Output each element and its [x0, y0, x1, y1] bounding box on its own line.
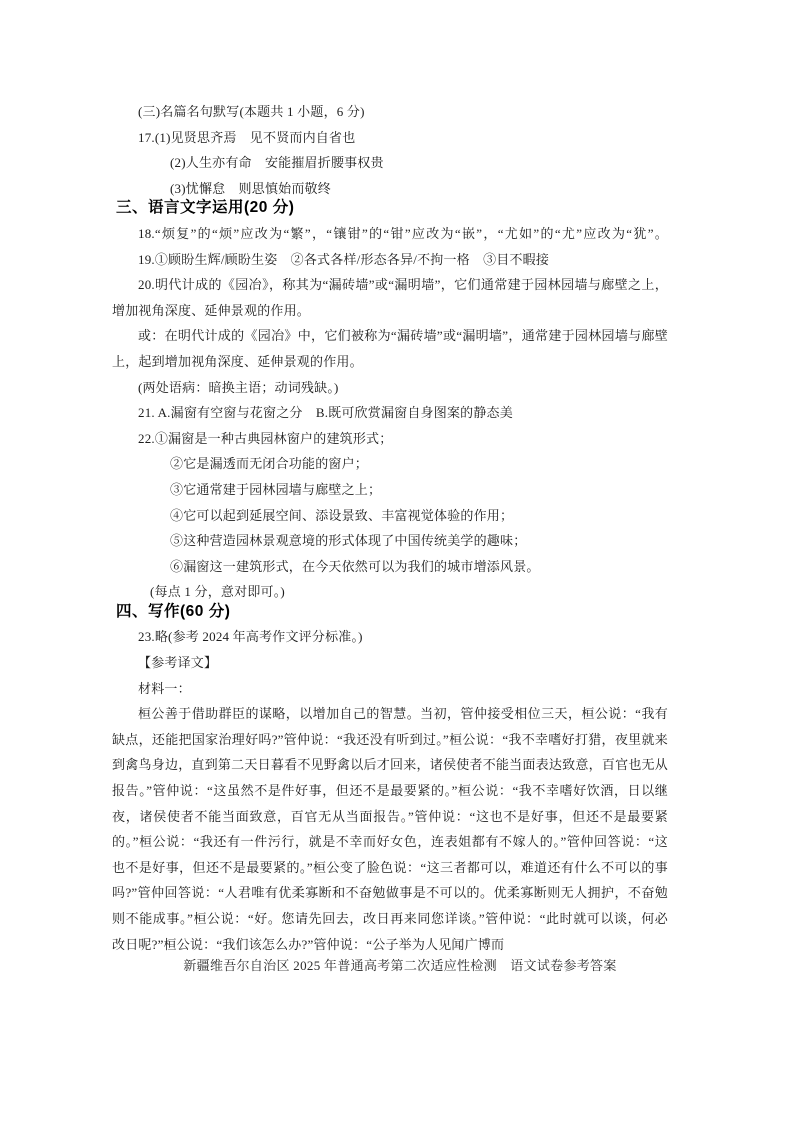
translation-title: 【参考译文】 — [112, 650, 668, 676]
answer-20-line-1: 20.明代计成的《园冶》，称其为“漏砖墙”或“漏明墙”，它们通常建于园林园墙与廊… — [112, 272, 668, 298]
answer-22-item-5: ⑤这种营造园林景观意境的形式体现了中国传统美学的趣味； — [112, 528, 668, 554]
answer-sheet-page: (三)名篇名句默写(本题共 1 小题，6 分) 17.(1)见贤思齐焉 见不贤而… — [0, 0, 800, 1131]
material-label: 材料一： — [112, 676, 668, 702]
translation-line: 吗?”管仲回答说：“人君唯有优柔寡断和不奋勉做事是不可以的。优柔寡断则无人拥护，… — [112, 880, 668, 906]
answer-22-item-6: ⑥漏窗这一建筑形式，在今天依然可以为我们的城市增添风景。 — [112, 554, 668, 580]
document-body: (三)名篇名句默写(本题共 1 小题，6 分) 17.(1)见贤思齐焉 见不贤而… — [112, 99, 668, 957]
translation-line: 也不是好事，但还不是最要紧的。”桓公变了脸色说：“这三者都可以，难道还有什么不可… — [112, 855, 668, 881]
answer-20-alt-line-1: 或：在明代计成的《园冶》中，它们被称为“漏砖墙”或“漏明墙”，通常建于园林园墙与… — [112, 323, 668, 349]
translation-line: 改日呢?”桓公说：“我们该怎么办?”管仲说：“公子举为人见闻广博而 — [112, 932, 668, 958]
answer-22-item-3: ③它通常建于园林园墙与廊壁之上； — [112, 477, 668, 503]
answer-21: 21. A.漏窗有空窗与花窗之分 B.既可欣赏漏窗自身图案的静态美 — [112, 400, 668, 426]
translation-line: 则不能成事。”桓公说：“好。您请先回去，改日再来同您详谈。”管仲说：“此时就可以… — [112, 906, 668, 932]
translation-line: 的。”桓公说：“我还有一件污行，就是不幸而好女色，连表姐都有不嫁人的。”管仲回答… — [112, 829, 668, 855]
answer-20-note: (两处语病：暗换主语；动词残缺。) — [112, 375, 668, 401]
section-3-heading: 三、语言文字运用(20 分) — [112, 195, 668, 221]
answer-23: 23.略(参考 2024 年高考作文评分标准。) — [112, 624, 668, 650]
translation-line: 到禽鸟身边，直到第二天日暮看不见野禽以后才回来，诸侯使者不能当面表达致意，百官也… — [112, 752, 668, 778]
translation-line: 夜，诸侯使者不能当面致意，百官无从当面报告。”管仲说：“这也不是好事，但还不是最… — [112, 804, 668, 830]
translation-line: 缺点，还能把国家治理好吗?”管仲说：“我还没有听到过。”桓公说：“我不幸嗜好打猎… — [112, 727, 668, 753]
answer-22-item-1: 22.①漏窗是一种古典园林窗户的建筑形式； — [112, 426, 668, 452]
answer-17-line-1: 17.(1)见贤思齐焉 见不贤而内自省也 — [112, 125, 668, 151]
translation-line: 桓公善于借助群臣的谋略，以增加自己的智慧。当初，管仲接受相位三天，桓公说：“我有… — [112, 701, 668, 727]
answer-19: 19.①顾盼生辉/顾盼生姿 ②各式各样/形态各异/不拘一格 ③目不暇接 — [112, 247, 668, 273]
answer-17-line-2: (2)人生亦有命 安能摧眉折腰事权贵 — [112, 150, 668, 176]
answer-20-alt-line-2: 上，起到增加视角深度、延伸景观的作用。 — [112, 349, 668, 375]
answer-22-item-4: ④它可以起到延展空间、添设景致、丰富视觉体验的作用； — [112, 503, 668, 529]
answer-18: 18.“烦复”的“烦”应改为“繁”，“镶钳”的“钳”应改为“嵌”，“尤如”的“尤… — [112, 221, 668, 247]
recitation-heading: (三)名篇名句默写(本题共 1 小题，6 分) — [112, 99, 668, 125]
answer-20-line-2: 增加视角深度、延伸景观的作用。 — [112, 298, 668, 324]
section-4-heading: 四、写作(60 分) — [112, 599, 668, 625]
answer-22-item-2: ②它是漏透而无闭合功能的窗户； — [112, 451, 668, 477]
page-footer: 新疆维吾尔自治区 2025 年普通高考第二次适应性检测 语文试卷参考答案 — [0, 955, 800, 974]
translation-line: 报告。”管仲说：“这虽然不是件好事，但还不是最要紧的。”桓公说：“我不幸嗜好饮酒… — [112, 778, 668, 804]
